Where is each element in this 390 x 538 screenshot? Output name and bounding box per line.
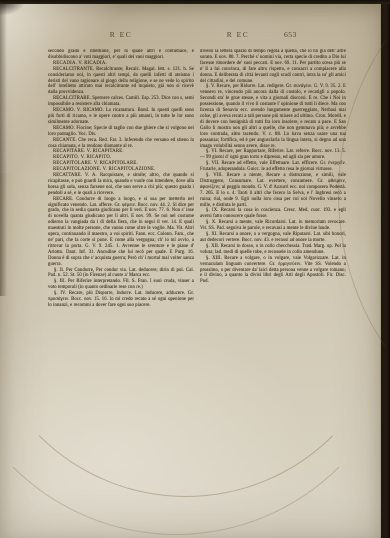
page-number: 653 [284, 30, 297, 39]
paragraph: §. VI. Recare, per Rapportare, Riferire.… [200, 149, 346, 161]
paragraph: §. III. Per Riferire interpretando. Fil.… [48, 279, 194, 291]
paragraph: §. II. Per Condurre, Per condur via. Lat… [48, 268, 194, 280]
paragraph: RECALCITRARE. Spernere calces. Camill. E… [48, 96, 194, 108]
paragraph: §. VII. Recare ad effetto, vale Effettua… [200, 161, 346, 173]
paragraph: §. IX. Recarsi la cosa in coscienza. Cre… [200, 208, 346, 220]
paragraph: RECARE. Condurre di luogo a luogo, e si … [48, 197, 194, 268]
paragraph: §. X. Recarsi a mente, vale Ricordarsi. … [200, 220, 346, 232]
guide-word-left: R EC [110, 30, 132, 39]
paragraph: §. VIII. Recare a niente, Recare a distr… [200, 173, 346, 208]
paragraph: §. IV. Recare, più Disporre, Indurre. La… [48, 291, 194, 309]
paragraph: RECATTARE. V. A. Racquistare, e simile; … [48, 173, 194, 197]
paragraph: §. V. Recare, per Ridurre. Lat. redigere… [200, 84, 346, 149]
text-column-right: diversi la lettera spazio di tempo regol… [200, 49, 346, 431]
paragraph: RECANTE. Che reca. Red. Far. 3. Inferend… [48, 138, 194, 150]
paragraph: RECALCITRANTE. Recalcitrante; Recalc. Ma… [48, 67, 194, 97]
paragraph: diversi la lettera spazio di tempo regol… [200, 49, 346, 84]
paragraph: §. XIII. Recare a volgare, o in volgare,… [200, 256, 346, 286]
paragraph: §. XII. Recarsi in dosso, o in collo che… [200, 244, 346, 256]
paragraph: secondo grado è ribellione, per la quale… [48, 49, 194, 61]
page-edge-right [380, 0, 390, 538]
paper-sheet: R EC R EC 653 secondo grado è ribellione… [0, 3, 381, 538]
page-edge-left [0, 0, 7, 296]
paragraph: §. XI. Recarsi a onore, o a vergogna, va… [200, 232, 346, 244]
paragraph: RECAMO. Fiocine; Specie di taglio con du… [48, 126, 194, 138]
running-header: R EC R EC 653 [0, 30, 380, 42]
guide-word-right: R EC [227, 30, 249, 39]
paragraph: RECAMO. V. RICAMO. La ricamatura. Bond. … [48, 108, 194, 126]
book-page-scan: R EC R EC 653 secondo grado è ribellione… [0, 0, 390, 538]
page-edge-top [0, 0, 390, 4]
text-column-left: secondo grado è ribellione, per la quale… [48, 49, 194, 431]
